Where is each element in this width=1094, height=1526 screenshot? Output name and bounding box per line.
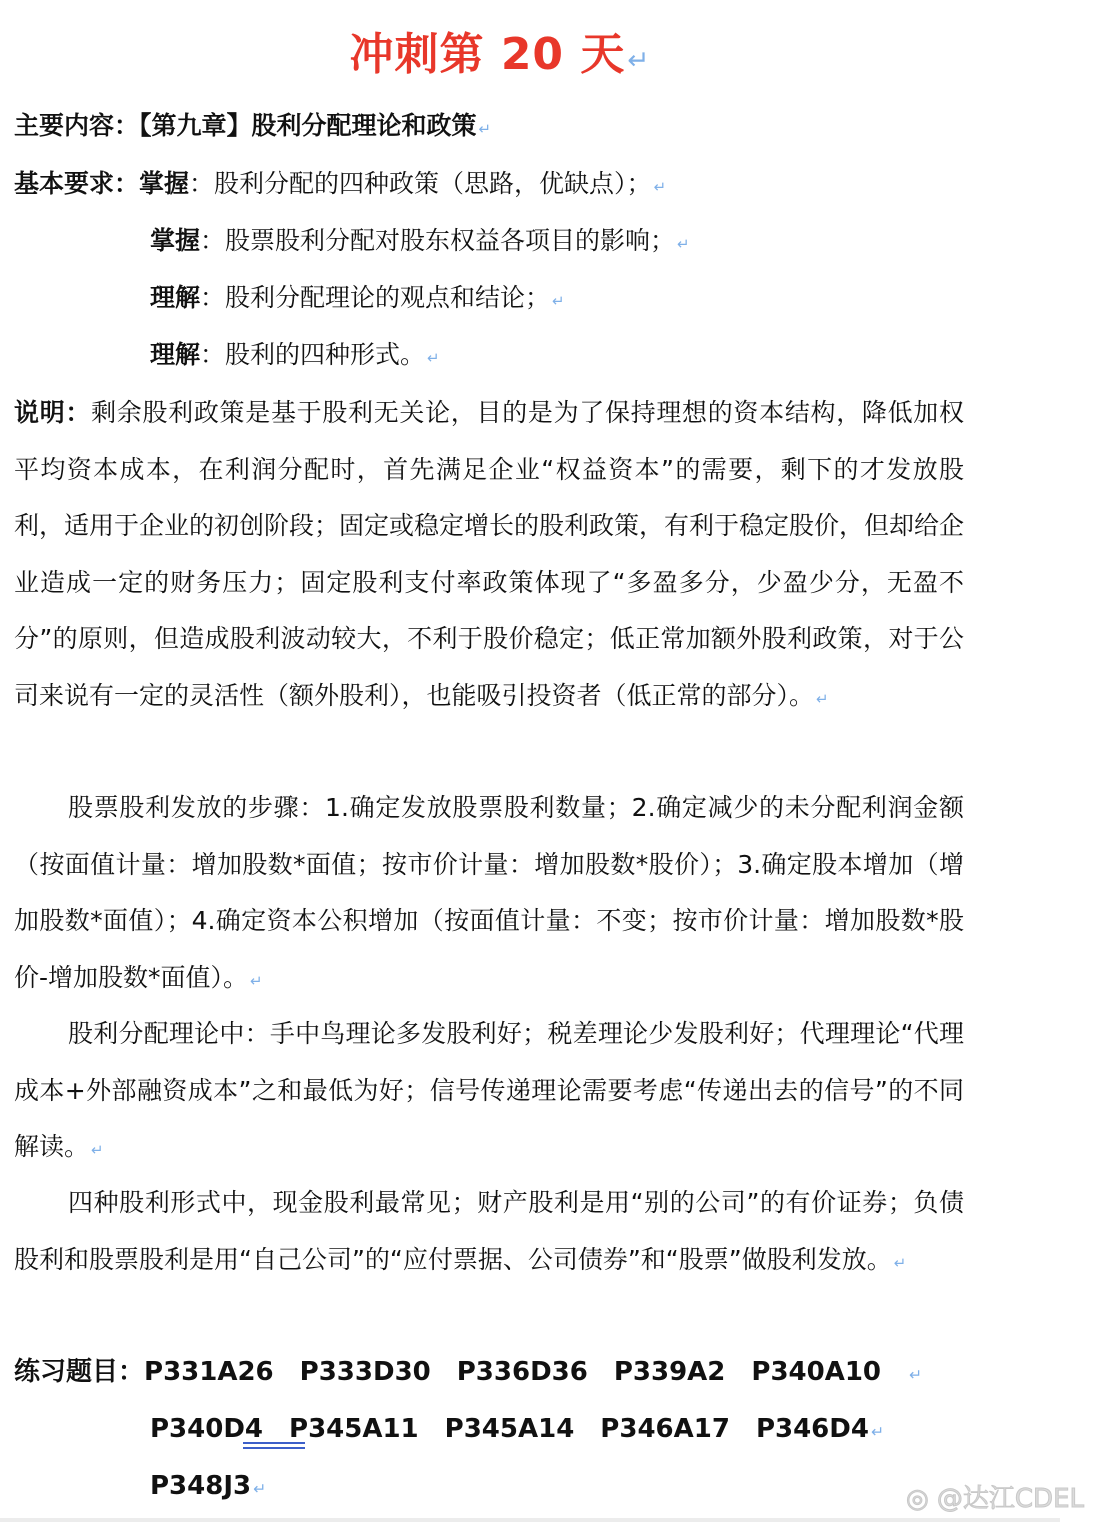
weibo-watermark: ◎ @达江CDEL [906,1478,1084,1515]
requirement-item: 理解：股利的四种形式。↵ [150,339,440,374]
paragraph-mark-icon: ↵ [250,972,263,990]
weibo-logo-icon: ◎ [906,1484,937,1514]
exercise-code: P345A11 [289,1414,419,1444]
explanation-label: 说明： [14,398,91,427]
paragraph-mark-icon: ↵ [909,1366,922,1384]
separator: ： [200,340,225,369]
spelling-underline [243,1442,305,1444]
title-text: 冲刺第 20 天 [350,29,626,80]
requirement-item: 理解：股利分配理论的观点和结论；↵ [150,282,565,317]
watermark-text: @达江CDEL [937,1484,1084,1514]
paragraph-text: 股利分配理论中：手中鸟理论多发股利好；税差理论少发股利好；代理理论“代理成本+外… [14,1019,964,1161]
exercise-code: P348J3 [150,1471,251,1501]
exercise-code: P340D4 [150,1414,263,1444]
exercise-code: P331A26 [144,1357,274,1387]
exercise-code: P340A10 [751,1357,881,1387]
paragraph-text: 四种股利形式中，现金股利最常见；财产股利是用“别的公司”的有价证券；负债股利和股… [14,1188,964,1274]
paragraph-mark-icon: ↵ [479,120,492,138]
paragraph-mark-icon: ↵ [894,1254,907,1272]
exercise-code: P339A2 [614,1357,726,1387]
requirement-item: 掌握：股票股利分配对股东权益各项目的影响；↵ [150,225,690,260]
requirement-text: 股利分配的四种政策（思路，优缺点）； [214,169,652,198]
exercise-code: P346D4 [756,1414,869,1444]
explanation-paragraph: 说明：剩余股利政策是基于股利无关论，目的是为了保持理想的资本结构，降低加权平均资… [14,385,964,727]
separator: ： [200,283,225,312]
spelling-underline [243,1447,305,1449]
requirement-item: 基本要求：掌握：股利分配的四种政策（思路，优缺点）；↵ [14,168,666,203]
requirement-level: 理解 [150,283,200,312]
exercise-code: P345A14 [445,1414,575,1444]
requirement-level: 理解 [150,340,200,369]
requirement-level: 掌握 [139,169,189,198]
paragraph-mark-icon: ↵ [871,1423,884,1441]
requirement-level: 掌握 [150,226,200,255]
explanation-text: 剩余股利政策是基于股利无关论，目的是为了保持理想的资本结构，降低加权平均资本成本… [14,398,964,710]
main-content-value: 【第九章】股利分配理论和政策 [139,111,477,140]
dividend-forms-paragraph: 四种股利形式中，现金股利最常见；财产股利是用“别的公司”的有价证券；负债股利和股… [14,1175,964,1291]
exercise-code: P346A17 [600,1414,730,1444]
paragraph-mark-icon: ↵ [816,690,829,708]
page-title: 冲刺第 20 天↵ [0,18,1000,82]
exercises-row-3: P348J3↵ [150,1470,266,1505]
paragraph-mark-icon: ↵ [91,1141,104,1159]
requirements-label: 基本要求： [14,169,139,198]
paragraph-mark-icon: ↵ [677,235,690,253]
paragraph-mark-icon: ↵ [552,292,565,310]
requirement-text: 股利分配理论的观点和结论； [225,283,550,312]
paragraph-mark-icon: ↵ [627,45,650,76]
paragraph-mark-icon: ↵ [253,1480,266,1498]
separator: ： [189,169,214,198]
dividend-theory-paragraph: 股利分配理论中：手中鸟理论多发股利好；税差理论少发股利好；代理理论“代理成本+外… [14,1006,964,1179]
main-content-label: 主要内容： [14,111,139,140]
main-content-line: 主要内容：【第九章】股利分配理论和政策↵ [14,110,491,145]
requirement-text: 股票股利分配对股东权益各项目的影响； [225,226,675,255]
paragraph-mark-icon: ↵ [427,349,440,367]
exercise-code: P336D36 [457,1357,588,1387]
exercises-label: 练习题目： [14,1357,144,1387]
exercise-code: P333D30 [300,1357,431,1387]
requirement-text: 股利的四种形式。 [225,340,425,369]
stock-dividend-steps-paragraph: 股票股利发放的步骤：1.确定发放股票股利数量；2.确定减少的未分配利润金额（按面… [14,780,964,1009]
separator: ： [200,226,225,255]
paragraph-text: 股票股利发放的步骤：1.确定发放股票股利数量；2.确定减少的未分配利润金额（按面… [14,793,964,992]
page-bottom-rule [0,1518,1060,1522]
exercises-row-1: 练习题目：P331A26P333D30P336D36P339A2P340A10↵ [14,1356,922,1391]
paragraph-mark-icon: ↵ [654,178,667,196]
